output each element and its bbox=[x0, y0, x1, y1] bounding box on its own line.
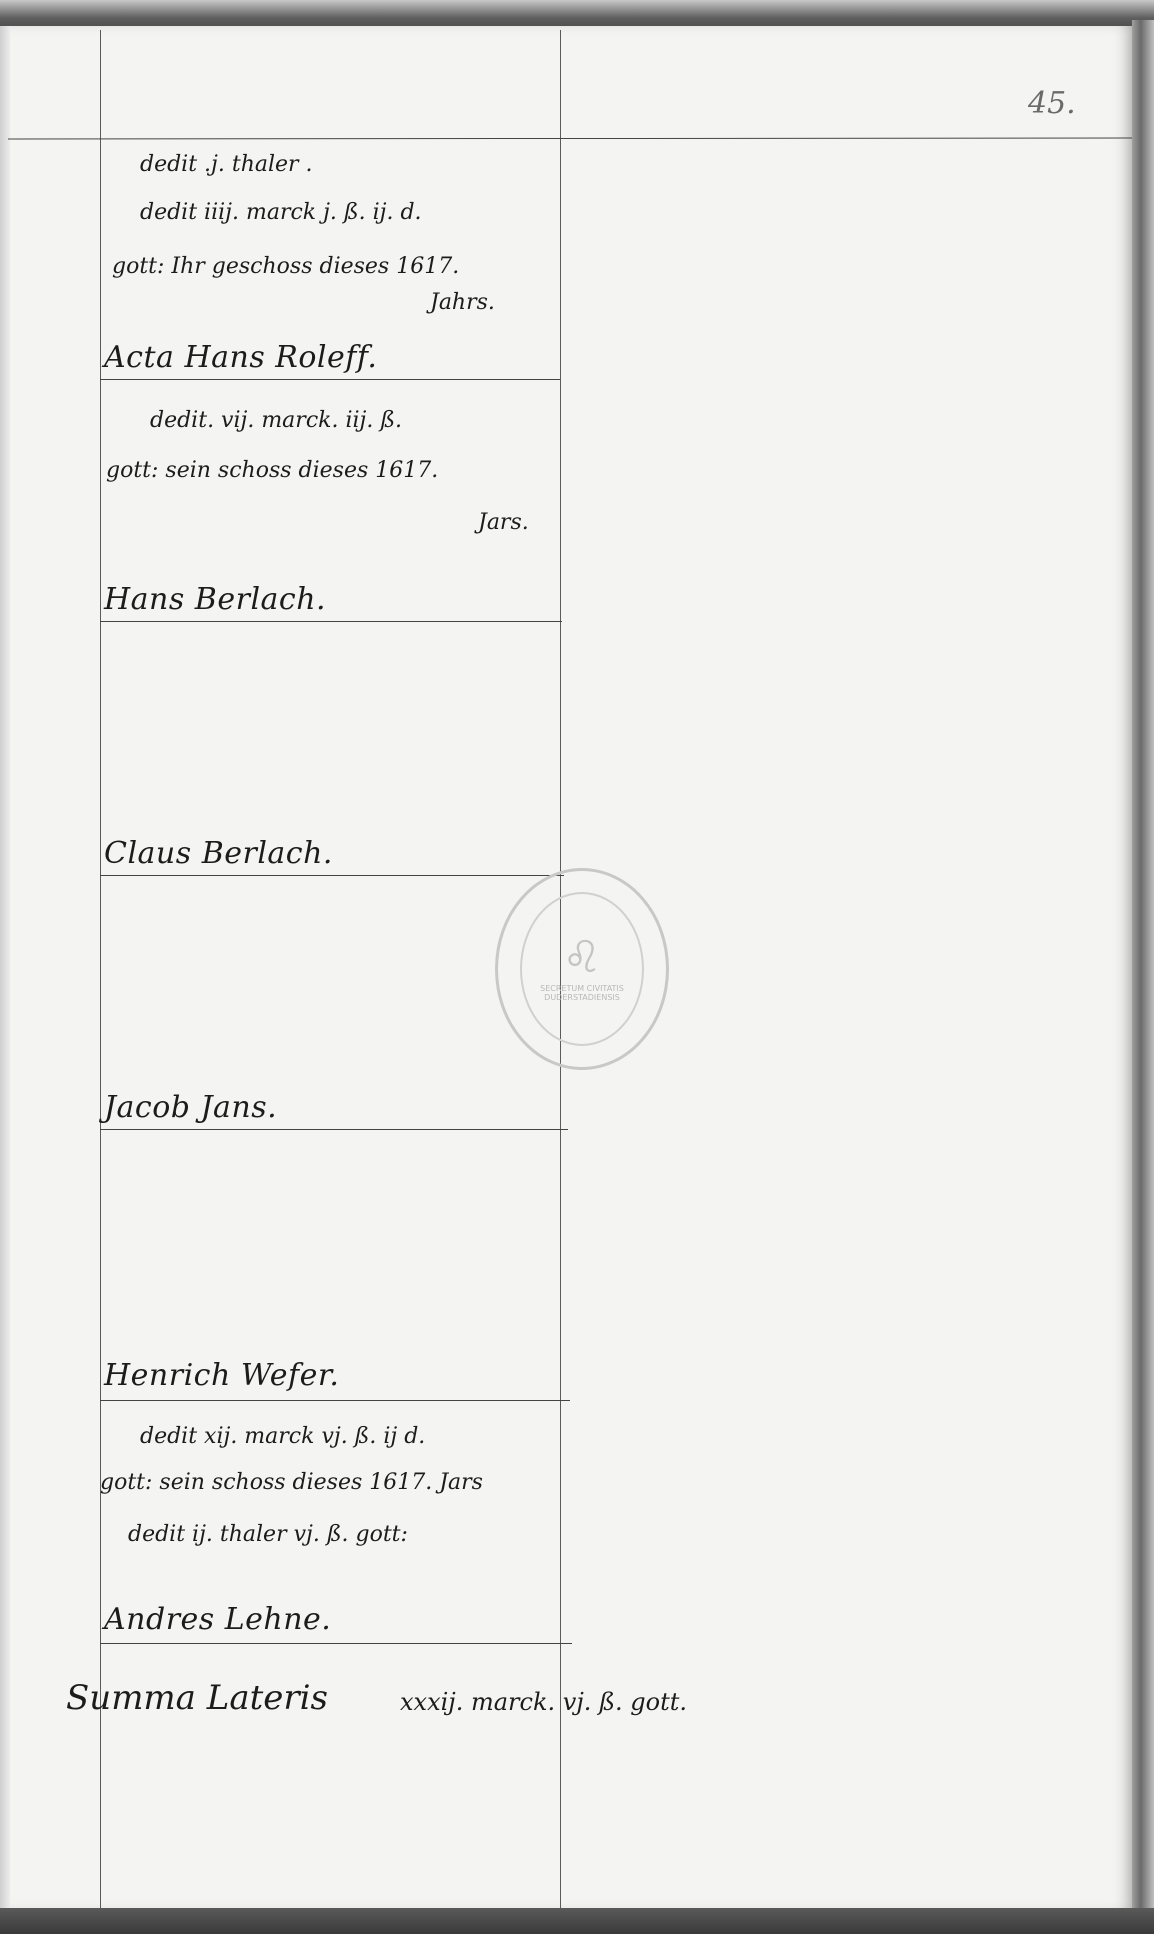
entry-rule bbox=[100, 621, 562, 622]
left-margin-rule bbox=[100, 30, 101, 1910]
taxpayer-name: Hans Berlach. bbox=[104, 582, 326, 617]
entry-note: gott: Ihr geschoss dieses 1617. bbox=[112, 254, 459, 279]
folio-number: 45. bbox=[1028, 86, 1076, 121]
entry-rule bbox=[100, 875, 564, 876]
taxpayer-name: Acta Hans Roleff. bbox=[104, 340, 377, 375]
entry-note: dedit iiij. marck j. ß. ij. d. bbox=[140, 200, 422, 225]
entry-note: dedit. vij. marck. iij. ß. bbox=[150, 408, 402, 433]
taxpayer-name: Andres Lehne. bbox=[104, 1602, 331, 1637]
book-gutter bbox=[0, 26, 10, 1910]
entry-note: gott: sein schoss dieses 1617. bbox=[106, 458, 438, 483]
lion-icon: ♌ bbox=[562, 936, 601, 980]
entry-note: dedit xij. marck vj. ß. ij d. bbox=[140, 1424, 425, 1449]
taxpayer-name: Claus Berlach. bbox=[104, 836, 333, 871]
archive-seal-stamp: ♌ SECRETUM CIVITATIS DUDERSTADIENSIS bbox=[495, 868, 669, 1070]
page-fore-edge bbox=[1132, 20, 1154, 1910]
seal-inscription: SECRETUM CIVITATIS DUDERSTADIENSIS bbox=[532, 984, 632, 1002]
summa-value: xxxij. marck. vj. ß. gott. bbox=[400, 1688, 687, 1716]
entry-note: dedit ij. thaler vj. ß. gott: bbox=[128, 1522, 408, 1547]
entry-note: Jars. bbox=[478, 510, 529, 535]
entry-rule bbox=[100, 1400, 570, 1401]
summa-label: Summa Lateris bbox=[66, 1678, 328, 1718]
entry-rule bbox=[100, 379, 560, 380]
entry-note: dedit .j. thaler . bbox=[140, 152, 313, 177]
entry-note: gott: sein schoss dieses 1617. Jars bbox=[100, 1470, 483, 1495]
entry-rule bbox=[100, 1129, 568, 1130]
book-bottom-edge bbox=[0, 1908, 1154, 1934]
entry-rule bbox=[100, 1643, 572, 1644]
entry-note: Jahrs. bbox=[430, 290, 495, 315]
taxpayer-name: Jacob Jans. bbox=[104, 1090, 277, 1125]
taxpayer-name: Henrich Wefer. bbox=[104, 1358, 339, 1393]
